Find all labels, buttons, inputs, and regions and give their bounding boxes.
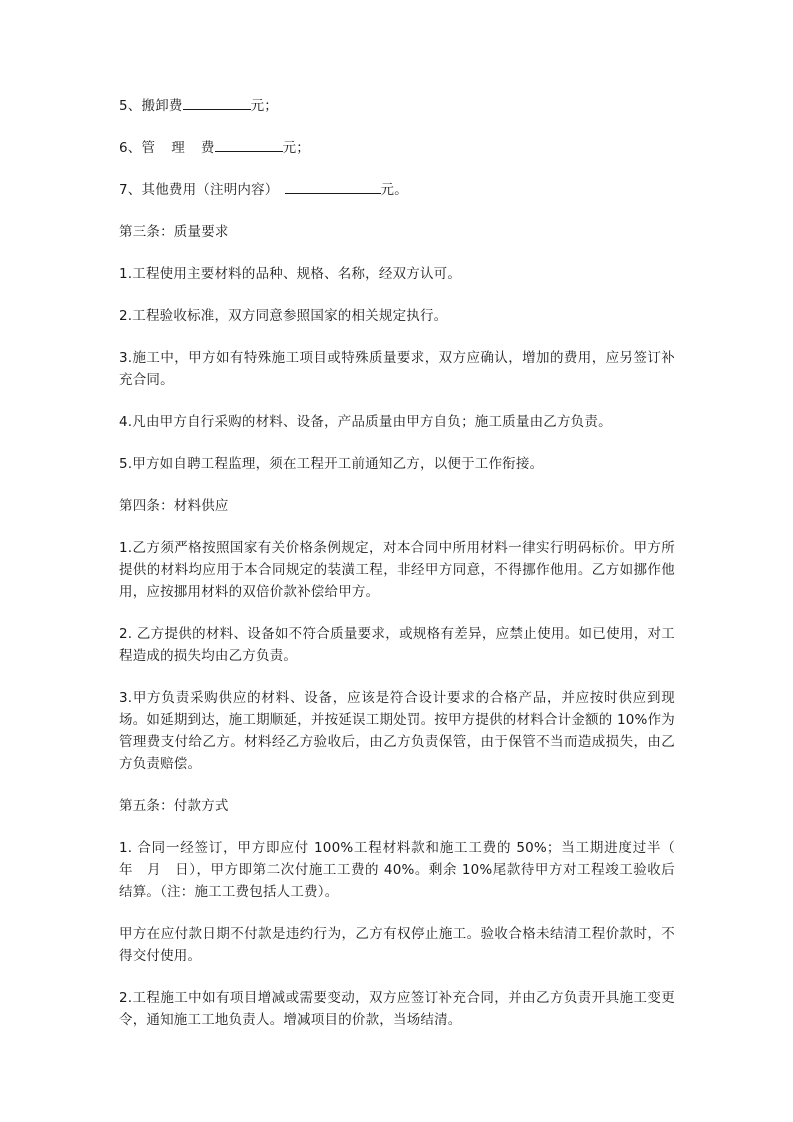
fee-label: 7、其他费用（注明内容） xyxy=(119,182,279,198)
fee-suffix: 元； xyxy=(251,98,278,114)
fee-item-management: 6、管理费元； xyxy=(119,137,675,159)
fill-in-blank xyxy=(183,95,251,110)
fill-in-blank xyxy=(215,137,283,152)
article-3-item: 3.施工中，甲方如有特殊施工项目或特殊质量要求，双方应确认，增加的费用，应另签订… xyxy=(119,347,675,391)
fee-label-part: 6、管 xyxy=(119,140,155,156)
fee-suffix: 元； xyxy=(283,140,310,156)
article-3-item: 4.凡由甲方自行采购的材料、设备，产品质量由甲方自负；施工质量由乙方负责。 xyxy=(119,411,675,433)
article-3-heading: 第三条：质量要求 xyxy=(119,221,675,243)
article-5-item: 甲方在应付款日期不付款是违约行为，乙方有权停止施工。验收合格未结清工程价款时，不… xyxy=(119,923,675,967)
article-4-item: 3.甲方负责采购供应的材料、设备，应该是符合设计要求的合格产品，并应按时供应到现… xyxy=(119,687,675,775)
fee-label: 5、搬卸费 xyxy=(119,98,183,114)
fee-label-part: 费 xyxy=(201,140,215,156)
fee-item-handling: 5、搬卸费元； xyxy=(119,95,675,117)
article-5-item: 2.工程施工中如有项目增减或需要变动，双方应签订补充合同，并由乙方负责开具施工变… xyxy=(119,987,675,1031)
fill-in-blank xyxy=(285,179,381,194)
article-4-item: 1.乙方须严格按照国家有关价格条例规定，对本合同中所用材料一律实行明码标价。甲方… xyxy=(119,537,675,603)
article-3-item: 2.工程验收标准，双方同意参照国家的相关规定执行。 xyxy=(119,305,675,327)
article-4-item: 2. 乙方提供的材料、设备如不符合质量要求，或规格有差异，应禁止使用。如已使用，… xyxy=(119,623,675,667)
article-3-item: 1.工程使用主要材料的品种、规格、名称，经双方认可。 xyxy=(119,263,675,285)
article-3-item: 5.甲方如自聘工程监理，须在工程开工前通知乙方，以便于工作衔接。 xyxy=(119,453,675,475)
article-5-item: 1. 合同一经签订，甲方即应付 100%工程材料款和施工工费的 50%；当工期进… xyxy=(119,837,675,903)
article-5-heading: 第五条：付款方式 xyxy=(119,795,675,817)
fee-suffix: 元。 xyxy=(381,182,408,198)
fee-item-other: 7、其他费用（注明内容）元。 xyxy=(119,179,675,201)
fee-label-part: 理 xyxy=(171,140,185,156)
document-page: 5、搬卸费元； 6、管理费元； 7、其他费用（注明内容）元。 第三条：质量要求 … xyxy=(119,95,675,1051)
article-4-heading: 第四条：材料供应 xyxy=(119,495,675,517)
